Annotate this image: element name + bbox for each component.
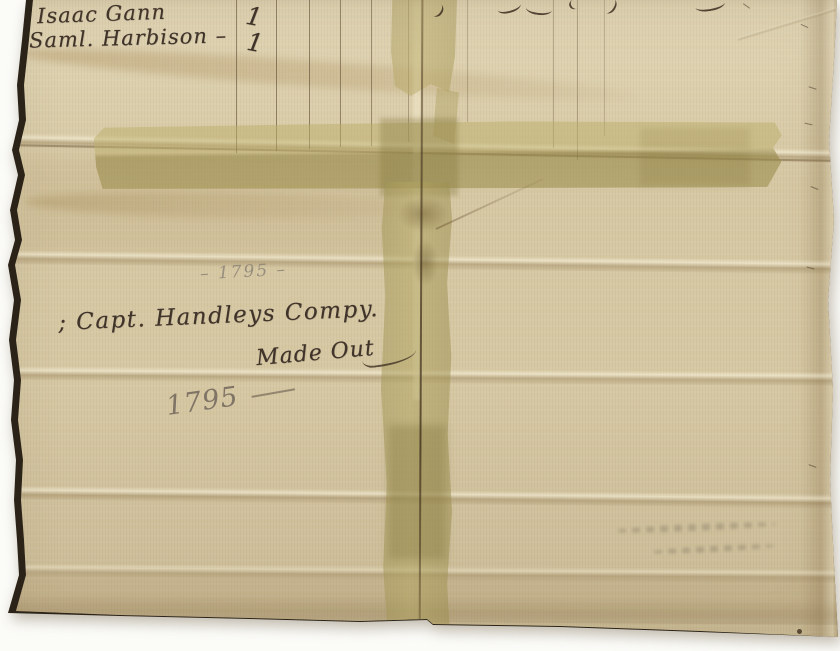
ink-stroke <box>428 1 446 19</box>
stain <box>17 40 637 109</box>
ink-stroke <box>694 0 726 14</box>
fold-crease <box>0 250 840 274</box>
paper-wrapper: Isaac Gann 1 Saml. Harbison – 1 – 1795 –… <box>0 0 840 651</box>
table-column-line <box>604 0 605 136</box>
roster-tally: 1 <box>244 1 265 32</box>
ink-mark <box>804 123 812 126</box>
year-annotation-top: – 1795 – <box>200 260 288 285</box>
ink-mark <box>809 464 817 468</box>
table-column-line <box>553 0 554 148</box>
table-column-line <box>371 0 372 146</box>
pencil-smudge <box>648 543 776 556</box>
ink-stroke <box>525 2 552 17</box>
diagonal-crease <box>436 178 544 230</box>
document-paper: Isaac Gann 1 Saml. Harbison – 1 – 1795 –… <box>0 0 840 651</box>
ink-mark <box>807 266 815 269</box>
fold-crease <box>0 366 840 386</box>
ink-stroke <box>601 0 620 16</box>
roster-name: Isaac Gann <box>37 0 167 28</box>
ink-mark <box>801 24 809 28</box>
scanned-document: Isaac Gann 1 Saml. Harbison – 1 – 1795 –… <box>0 0 840 651</box>
table-column-line <box>467 0 468 122</box>
fold-pucker <box>398 196 448 232</box>
pencil-dash <box>251 388 296 405</box>
tape-fragment <box>433 88 459 144</box>
fold-pucker <box>412 240 438 286</box>
fold-crease <box>0 133 840 163</box>
ink-stroke <box>567 0 582 11</box>
stain <box>10 574 840 622</box>
fold-crease <box>0 486 840 509</box>
fold-crease <box>0 563 840 583</box>
center-fold-line <box>419 0 424 640</box>
tape-strip-top <box>391 0 457 96</box>
corner-crease <box>737 3 840 41</box>
table-column-line <box>276 0 277 151</box>
tape-strip-horizontal <box>94 119 783 193</box>
company-annotation: ; Capt. Handleys Compy. <box>58 296 380 336</box>
ink-mark <box>809 86 817 89</box>
table-column-line <box>408 0 409 142</box>
ink-mark <box>811 186 819 190</box>
table-column-line <box>309 0 310 149</box>
roster-name: Saml. Harbison – <box>29 23 228 52</box>
stain <box>25 189 415 222</box>
roster-tally: 1 <box>245 27 266 58</box>
table-column-line <box>340 0 341 147</box>
tape-overlap-dark <box>380 118 458 196</box>
made-out-annotation: Made Out <box>255 336 376 371</box>
table-column-line <box>577 0 578 160</box>
stain <box>640 128 750 186</box>
stain <box>20 155 400 255</box>
paper-texture <box>0 0 840 651</box>
pencil-smudge <box>612 520 777 534</box>
year-annotation-bottom: 1795 <box>164 381 240 422</box>
right-edge-shading <box>800 0 838 651</box>
table-column-line <box>236 0 237 153</box>
tape-strip-vertical <box>381 182 452 640</box>
center-fold-highlight <box>413 0 421 400</box>
fold-crease-line <box>0 144 840 162</box>
ink-stroke <box>496 0 522 16</box>
flourish-stroke <box>361 349 417 369</box>
tape-dark-patch <box>388 425 446 560</box>
ink-mark <box>743 3 750 8</box>
ink-spot <box>797 629 802 634</box>
